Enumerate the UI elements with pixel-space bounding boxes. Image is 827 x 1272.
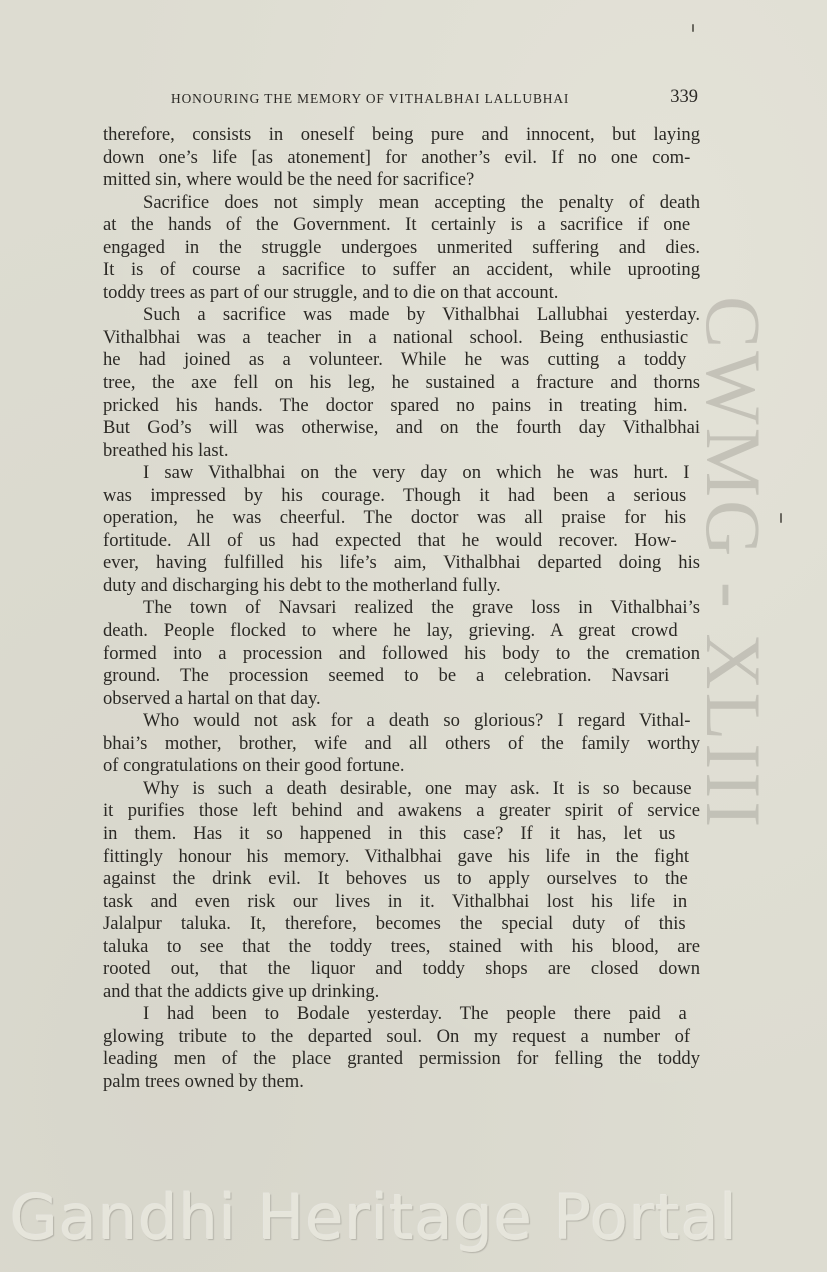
- text-line: Why is such a death desirable, one may a…: [103, 778, 700, 801]
- text-line: in them. Has it so happened in this case…: [103, 823, 700, 846]
- text-line: formed into a procession and followed hi…: [103, 643, 700, 666]
- text-line: Who would not ask for a death so gloriou…: [103, 710, 700, 733]
- text-line: against the drink evil. It behoves us to…: [103, 868, 700, 891]
- text-line: observed a hartal on that day.: [103, 688, 700, 711]
- text-line: it purifies those left behind and awaken…: [103, 800, 700, 823]
- portal-watermark: Gandhi Heritage Portal: [10, 1187, 820, 1249]
- text-line: I had been to Bodale yesterday. The peop…: [103, 1003, 700, 1026]
- running-title: Honouring the Memory of Vithalbhai Lallu…: [171, 91, 569, 107]
- text-line: toddy trees as part of our struggle, and…: [103, 282, 700, 305]
- text-line: rooted out, that the liquor and toddy sh…: [103, 958, 700, 981]
- text-line: death. People flocked to where he lay, g…: [103, 620, 700, 643]
- text-line: leading men of the place granted permiss…: [103, 1048, 700, 1071]
- text-line: tree, the axe fell on his leg, he sustai…: [103, 372, 700, 395]
- text-line: Sacrifice does not simply mean accepting…: [103, 192, 700, 215]
- text-line: pricked his hands. The doctor spared no …: [103, 395, 700, 418]
- text-line: taluka to see that the toddy trees, stai…: [103, 936, 700, 959]
- paragraph: I had been to Bodale yesterday. The peop…: [103, 1003, 700, 1093]
- text-line: The town of Navsari realized the grave l…: [103, 597, 700, 620]
- paragraph: therefore, consists in oneself being pur…: [103, 124, 700, 192]
- text-line: ground. The procession seemed to be a ce…: [103, 665, 700, 688]
- paper-speck: [780, 513, 782, 523]
- text-line: I saw Vithalbhai on the very day on whic…: [103, 462, 700, 485]
- paragraph: The town of Navsari realized the grave l…: [103, 597, 700, 710]
- paragraph: Such a sacrifice was made by Vithalbhai …: [103, 304, 700, 462]
- paragraph: Sacrifice does not simply mean accepting…: [103, 192, 700, 305]
- text-line: operation, he was cheerful. The doctor w…: [103, 507, 700, 530]
- text-line: duty and discharging his debt to the mot…: [103, 575, 700, 598]
- volume-watermark: CWMG - XLIII: [694, 296, 772, 830]
- text-line: and that the addicts give up drinking.: [103, 981, 700, 1004]
- running-header: Honouring the Memory of Vithalbhai Lallu…: [171, 89, 698, 111]
- text-line: mitted sin, where would be the need for …: [103, 169, 700, 192]
- text-line: of congratulations on their good fortune…: [103, 755, 700, 778]
- text-line: Such a sacrifice was made by Vithalbhai …: [103, 304, 700, 327]
- text-line: It is of course a sacrifice to suffer an…: [103, 259, 700, 282]
- paper-speck: [692, 24, 694, 32]
- text-line: bhai’s mother, brother, wife and all oth…: [103, 733, 700, 756]
- text-line: breathed his last.: [103, 440, 700, 463]
- paragraph: Why is such a death desirable, one may a…: [103, 778, 700, 1003]
- text-line: task and even risk our lives in it. Vith…: [103, 891, 700, 914]
- text-line: Vithalbhai was a teacher in a national s…: [103, 327, 700, 350]
- text-line: Jalalpur taluka. It, therefore, becomes …: [103, 913, 700, 936]
- text-line: engaged in the struggle undergoes unmeri…: [103, 237, 700, 260]
- paragraph: I saw Vithalbhai on the very day on whic…: [103, 462, 700, 597]
- text-line: at the hands of the Government. It certa…: [103, 214, 700, 237]
- text-line: was impressed by his courage. Though it …: [103, 485, 700, 508]
- page-number: 339: [670, 87, 698, 108]
- body-text: therefore, consists in oneself being pur…: [103, 124, 700, 1094]
- paragraph: Who would not ask for a death so gloriou…: [103, 710, 700, 778]
- text-line: fittingly honour his memory. Vithalbhai …: [103, 846, 700, 869]
- text-line: fortitude. All of us had expected that h…: [103, 530, 700, 553]
- text-line: But God’s will was otherwise, and on the…: [103, 417, 700, 440]
- text-line: he had joined as a volunteer. While he w…: [103, 349, 700, 372]
- text-line: ever, having fulfilled his life’s aim, V…: [103, 552, 700, 575]
- text-line: therefore, consists in oneself being pur…: [103, 124, 700, 147]
- text-line: palm trees owned by them.: [103, 1071, 700, 1094]
- text-line: glowing tribute to the departed soul. On…: [103, 1026, 700, 1049]
- text-line: down one’s life [as atonement] for anoth…: [103, 147, 700, 170]
